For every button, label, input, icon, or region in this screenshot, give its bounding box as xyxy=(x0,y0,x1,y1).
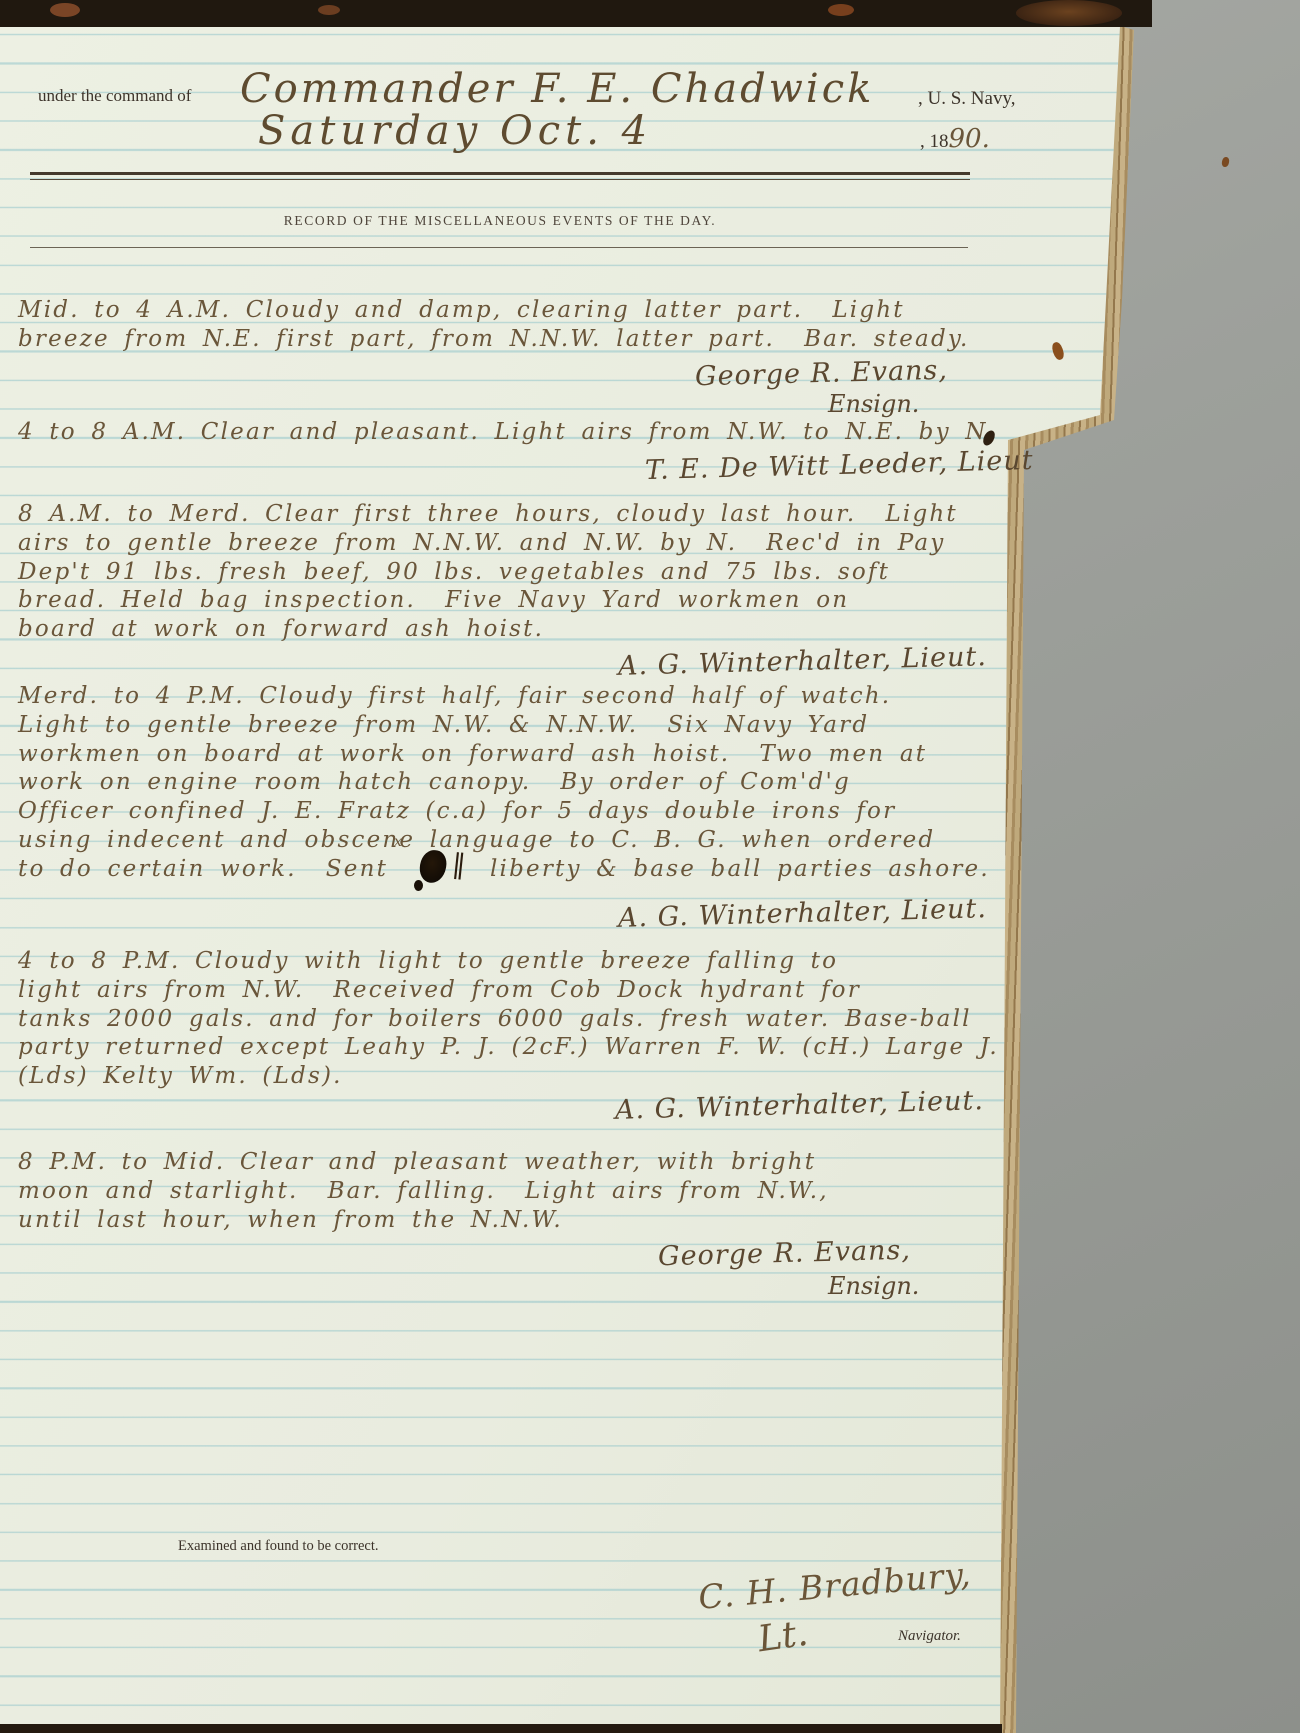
entry-line: light airs from N.W. Received from Cob D… xyxy=(18,976,1003,1005)
entry-line: 4 to 8 A.M. Clear and pleasant. Light ai… xyxy=(18,418,1003,447)
examined-statement: Examined and found to be correct. xyxy=(178,1538,379,1555)
entry-line-with-blot: to do certain work. Sent‖liberty & base … xyxy=(18,855,1003,884)
entry-line: until last hour, when from the N.N.W. xyxy=(18,1206,1003,1235)
watch-entry-mid-to-4am: Mid. to 4 A.M. Cloudy and damp, clearing… xyxy=(18,296,1003,354)
entry-line: party returned except Leahy P. J. (2cF.)… xyxy=(18,1033,1003,1062)
header-single-rule xyxy=(30,247,968,248)
watch-entry-8am-to-merd: 8 A.M. to Merd. Clear first three hours,… xyxy=(18,500,1003,644)
entry-line: using indecent and obscene language to C… xyxy=(18,826,1003,855)
rank-ensign: Ensign. xyxy=(828,1272,919,1300)
ink-blot-tail xyxy=(414,880,423,891)
spine-corner xyxy=(1016,0,1122,26)
entry-line: 8 P.M. to Mid. Clear and pleasant weathe… xyxy=(18,1148,1003,1177)
section-title: RECORD OF THE MISCELLANEOUS EVENTS OF TH… xyxy=(30,213,970,229)
commander-name-script: Commander F. E. Chadwick xyxy=(240,66,874,112)
entry-line-part: to do certain work. Sent xyxy=(18,856,388,882)
printed-command-prefix: under the command of xyxy=(38,86,191,106)
book-bottom-edge xyxy=(0,1724,1002,1733)
entry-line: 4 to 8 P.M. Cloudy with light to gentle … xyxy=(18,947,1003,976)
entry-line: Dep't 91 lbs. fresh beef, 90 lbs. vegeta… xyxy=(18,558,1003,587)
header-double-rule xyxy=(30,172,970,180)
printed-year-prefix: , 18 xyxy=(920,131,949,152)
entry-line: Officer confined J. E. Fratz (c.a) for 5… xyxy=(18,797,1003,826)
entry-line: Merd. to 4 P.M. Cloudy first half, fair … xyxy=(18,682,1003,711)
insertion-mark: ‖ xyxy=(451,850,468,880)
signature-evans: George R. Evans, xyxy=(658,1235,912,1273)
date-script: Saturday Oct. 4 xyxy=(258,108,652,154)
entry-line: tanks 2000 gals. and for boilers 6000 ga… xyxy=(18,1005,1003,1034)
watch-entry-4-to-8pm: 4 to 8 P.M. Cloudy with light to gentle … xyxy=(18,947,1003,1091)
navigator-rank-script: Lt. xyxy=(755,1613,810,1661)
entry-line: breeze from N.E. first part, from N.N.W.… xyxy=(18,325,1003,354)
book-spine-top xyxy=(0,0,1152,27)
entry-line: workmen on board at work on forward ash … xyxy=(18,740,1003,769)
navigator-label: Navigator. xyxy=(898,1628,961,1645)
caret-mark: x xyxy=(394,834,402,850)
entry-line: 8 A.M. to Merd. Clear first three hours,… xyxy=(18,500,1003,529)
script-year-digits: 90. xyxy=(949,124,990,154)
entry-line: Light to gentle breeze from N.W. & N.N.W… xyxy=(18,711,1003,740)
entry-line: board at work on forward ash hoist. xyxy=(18,615,1003,644)
background-fleck xyxy=(1221,156,1230,167)
entry-line: bread. Held bag inspection. Five Navy Ya… xyxy=(18,586,1003,615)
year-line: , 1890. xyxy=(920,124,990,154)
entry-line-part: liberty & base ball parties ashore. xyxy=(490,855,990,884)
watch-entry-merd-to-4pm: Merd. to 4 P.M. Cloudy first half, fair … xyxy=(18,682,1003,884)
spine-blemish xyxy=(318,5,340,15)
rank-ensign: Ensign. xyxy=(828,390,919,418)
entry-line: moon and starlight. Bar. falling. Light … xyxy=(18,1177,1003,1206)
entry-line: Mid. to 4 A.M. Cloudy and damp, clearing… xyxy=(18,296,1003,325)
spine-blemish xyxy=(50,3,80,17)
entry-line: (Lds) Kelty Wm. (Lds). xyxy=(18,1062,1003,1091)
watch-entry-8pm-to-mid: 8 P.M. to Mid. Clear and pleasant weathe… xyxy=(18,1148,1003,1234)
entry-line: airs to gentle breeze from N.N.W. and N.… xyxy=(18,529,1003,558)
spine-blemish xyxy=(828,4,854,16)
entry-line: work on engine room hatch canopy. By ord… xyxy=(18,768,1003,797)
printed-us-navy: , U. S. Navy, xyxy=(918,88,1015,110)
signature-evans: George R. Evans, xyxy=(695,355,949,393)
watch-entry-4-to-8am: 4 to 8 A.M. Clear and pleasant. Light ai… xyxy=(18,418,1003,447)
